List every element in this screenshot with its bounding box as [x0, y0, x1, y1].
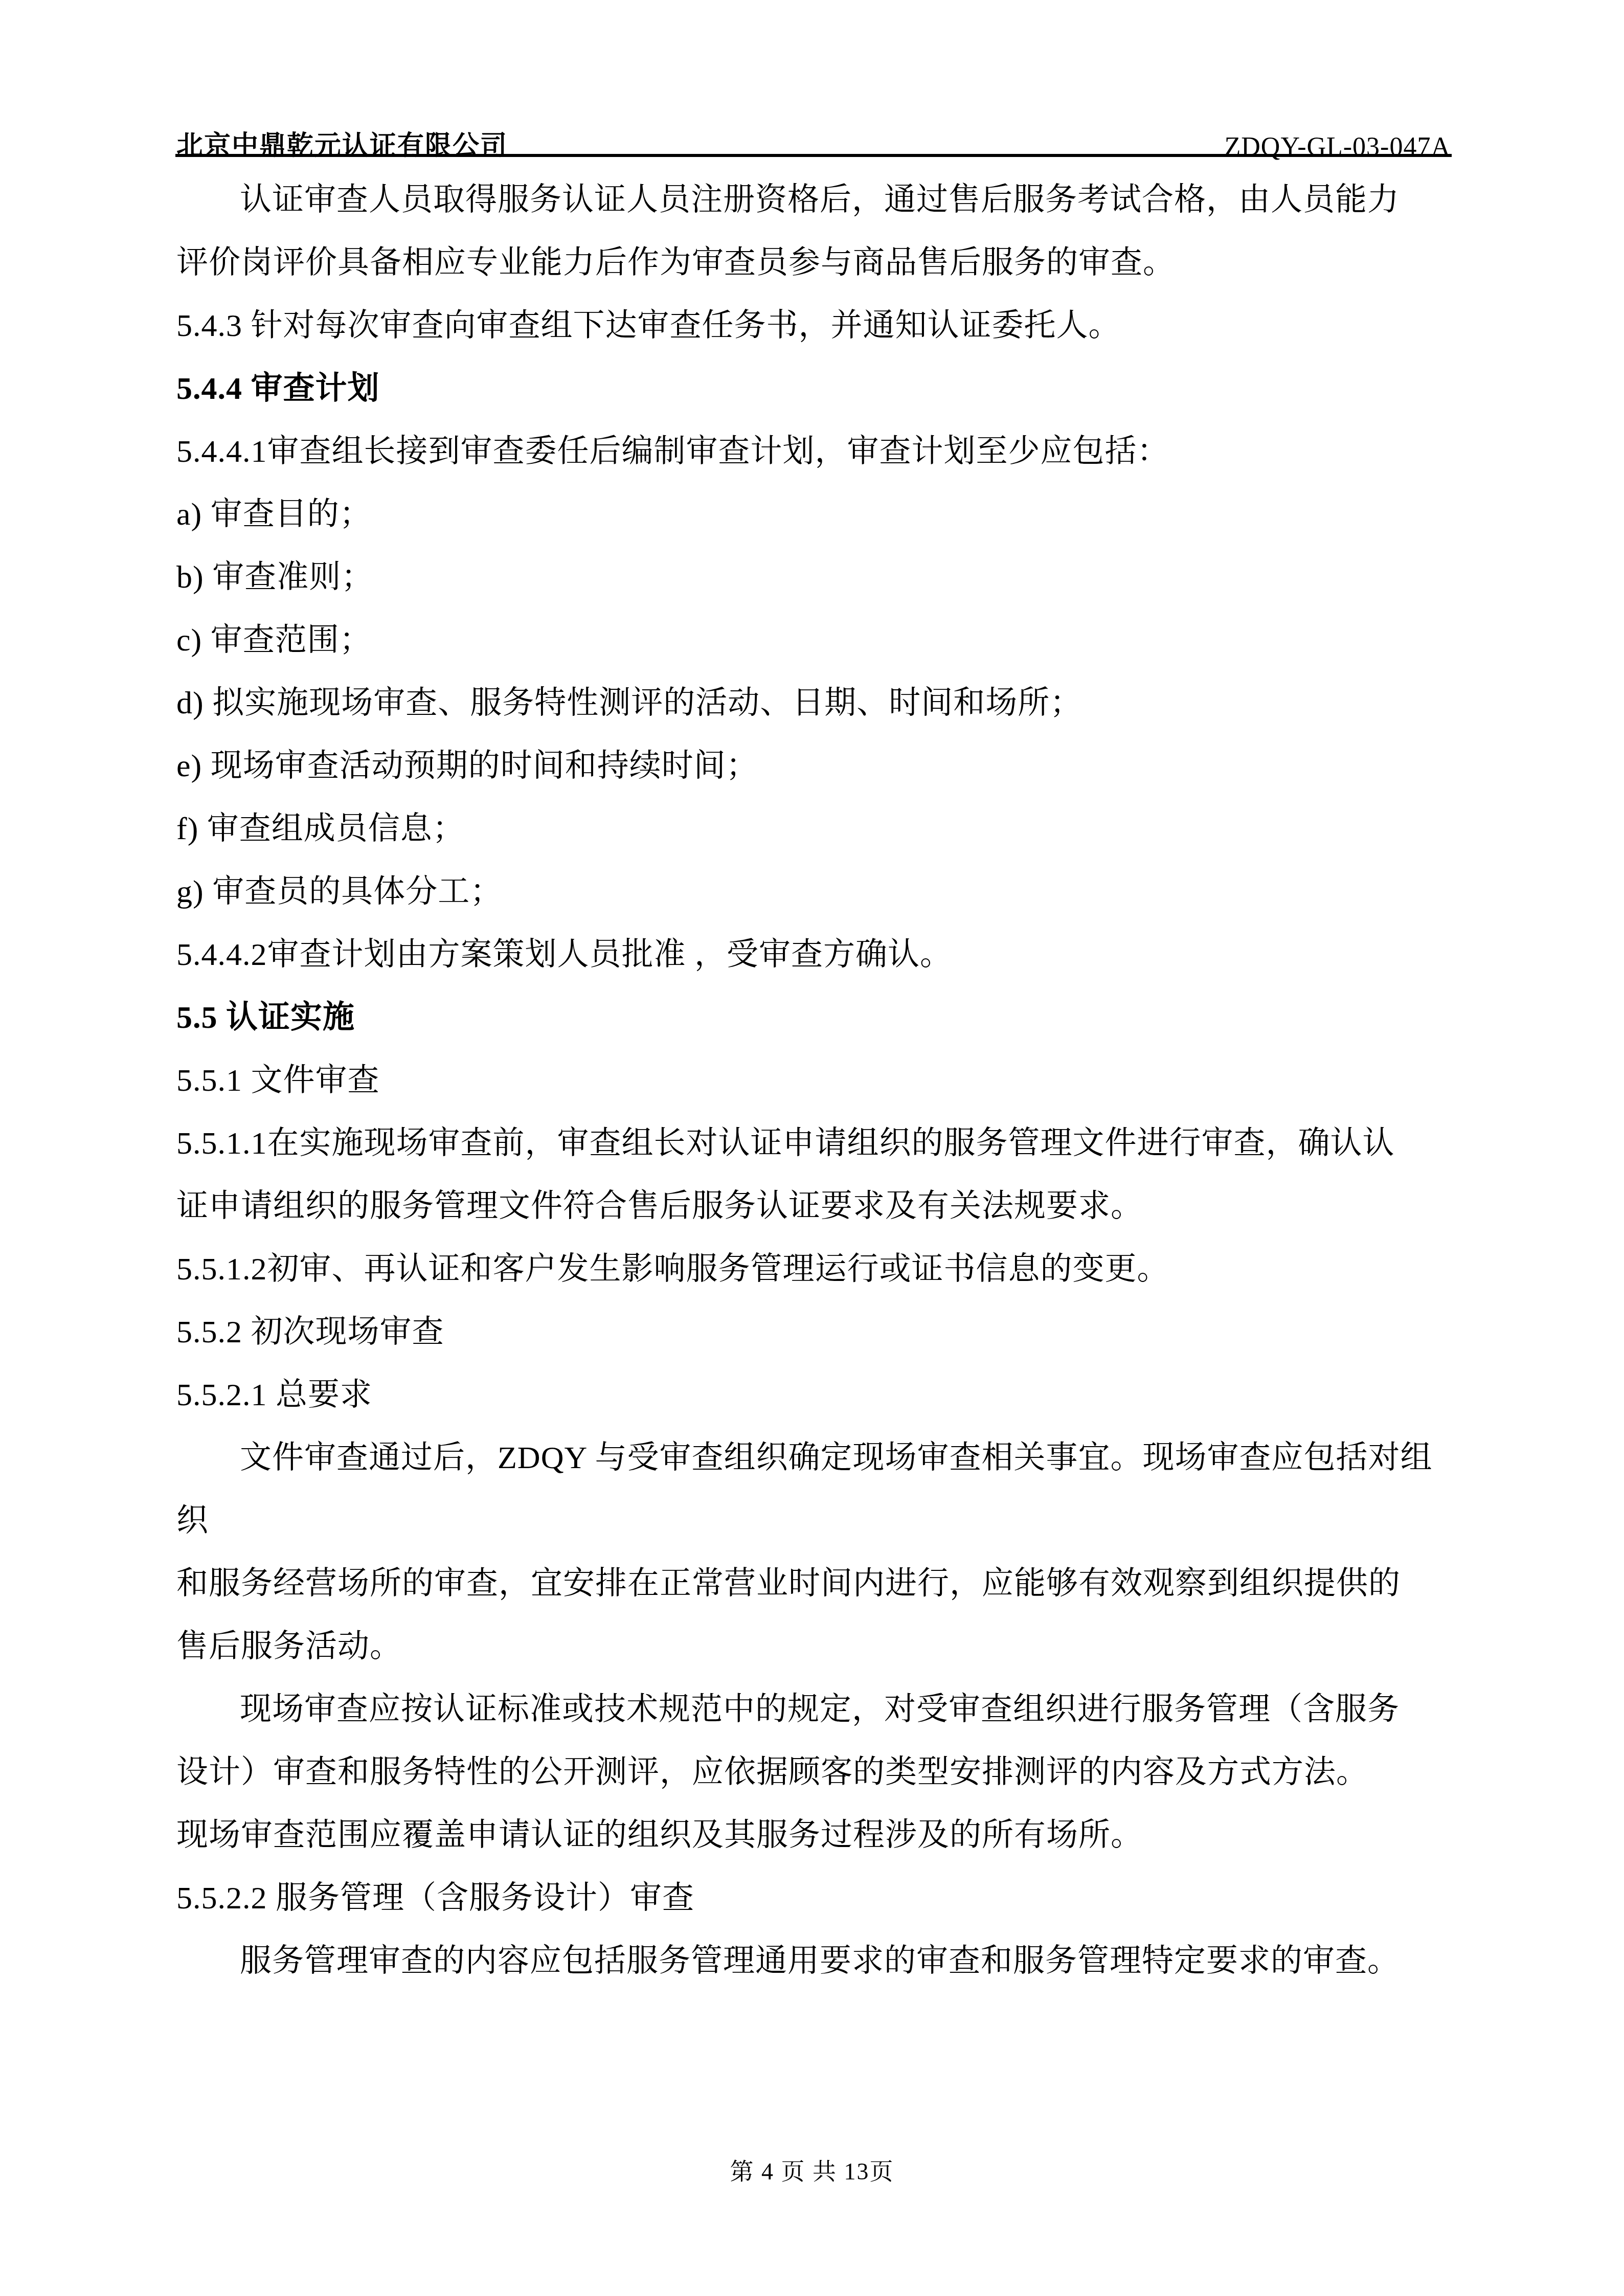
list-item-g: g) 审查员的具体分工； [176, 861, 1451, 924]
paragraph-line: 织 [176, 1490, 1451, 1552]
clause-5-5-2: 5.5.2 初次现场审查 [176, 1301, 1451, 1364]
clause-5-4-3: 5.4.3 针对每次审查向审查组下达审查任务书，并通知认证委托人。 [176, 295, 1451, 357]
paragraph-line: 文件审查通过后，ZDQY 与受审查组织确定现场审查相关事宜。现场审查应包括对组 [176, 1427, 1451, 1490]
heading-5-5: 5.5 认证实施 [176, 986, 1451, 1049]
document-code: ZDQY-GL-03-047A [1225, 132, 1451, 162]
list-item-f: f) 审查组成员信息； [176, 798, 1451, 861]
heading-5-4-4: 5.4.4 审查计划 [176, 357, 1451, 420]
clause-5-4-4-2: 5.4.4.2审查计划由方案策划人员批准 ，受审查方确认。 [176, 924, 1451, 986]
paragraph-line: 现场审查应按认证标准或技术规范中的规定，对受审查组织进行服务管理（含服务 [176, 1678, 1451, 1741]
clause-5-5-2-1: 5.5.2.1 总要求 [176, 1364, 1451, 1427]
list-item-b: b) 审查准则； [176, 546, 1451, 609]
paragraph-line: 证申请组织的服务管理文件符合售后服务认证要求及有关法规要求。 [176, 1175, 1451, 1238]
paragraph-line: 设计）审查和服务特性的公开测评，应依据顾客的类型安排测评的内容及方式方法。 [176, 1741, 1451, 1804]
paragraph-line: 现场审查范围应覆盖申请认证的组织及其服务过程涉及的所有场所。 [176, 1804, 1451, 1867]
clause-5-4-4-1: 5.4.4.1审查组长接到审查委任后编制审查计划，审查计划至少应包括： [176, 420, 1451, 483]
list-item-a: a) 审查目的； [176, 483, 1451, 546]
document-body: 认证审查人员取得服务认证人员注册资格后，通过售后服务考试合格，由人员能力 评价岗… [176, 169, 1451, 1993]
clause-5-5-1-1: 5.5.1.1在实施现场审查前，审查组长对认证申请组织的服务管理文件进行审查，确… [176, 1112, 1451, 1175]
list-item-c: c) 审查范围； [176, 609, 1451, 672]
paragraph-line: 服务管理审查的内容应包括服务管理通用要求的审查和服务管理特定要求的审查。 [176, 1930, 1451, 1993]
clause-5-5-1: 5.5.1 文件审查 [176, 1049, 1451, 1112]
paragraph-line: 认证审查人员取得服务认证人员注册资格后，通过售后服务考试合格，由人员能力 [176, 169, 1451, 232]
clause-5-5-2-2: 5.5.2.2 服务管理（含服务设计）审查 [176, 1867, 1451, 1930]
paragraph-line: 售后服务活动。 [176, 1615, 1451, 1678]
list-item-e: e) 现场审查活动预期的时间和持续时间； [176, 735, 1451, 798]
document-page: 北京中鼎乾元认证有限公司 ZDQY-GL-03-047A 认证审查人员取得服务认… [0, 0, 1624, 2296]
paragraph-line: 评价岗评价具备相应专业能力后作为审查员参与商品售后服务的审查。 [176, 232, 1451, 295]
page-number-footer: 第 4 页 共 13页 [0, 2153, 1624, 2187]
header-divider [175, 154, 1452, 157]
list-item-d: d) 拟实施现场审查、服务特性测评的活动、日期、时间和场所； [176, 672, 1451, 735]
paragraph-line: 和服务经营场所的审查，宜安排在正常营业时间内进行，应能够有效观察到组织提供的 [176, 1552, 1451, 1615]
clause-5-5-1-2: 5.5.1.2初审、再认证和客户发生影响服务管理运行或证书信息的变更。 [176, 1238, 1451, 1301]
